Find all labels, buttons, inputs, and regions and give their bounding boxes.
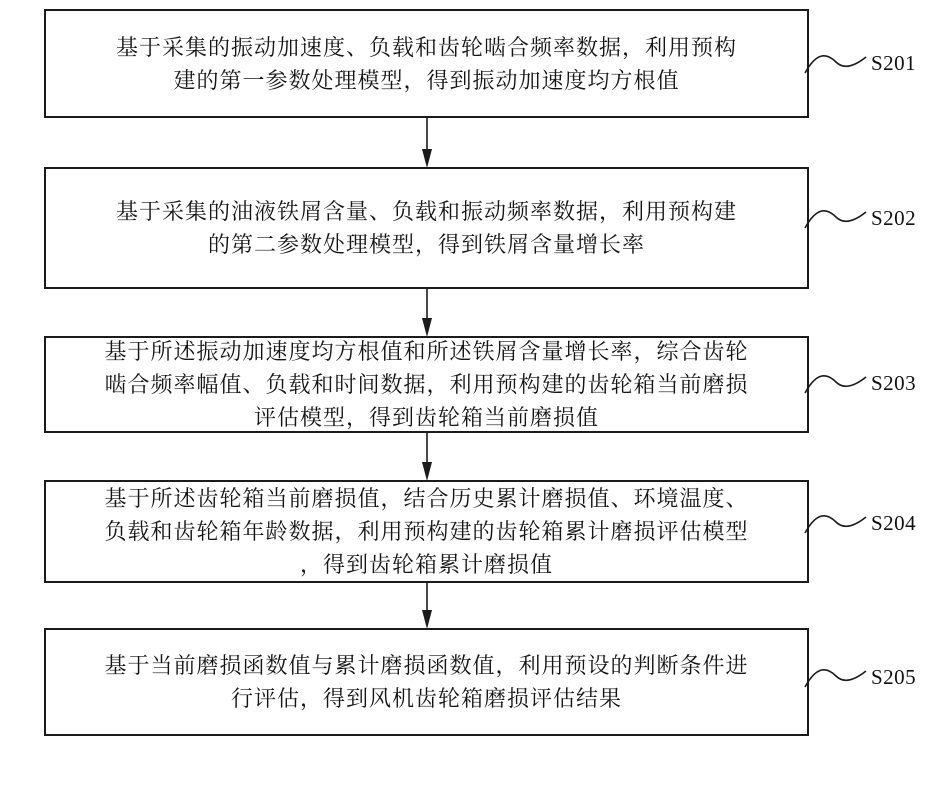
down-arrow-icon bbox=[420, 433, 434, 481]
connector-squiggle-icon bbox=[804, 202, 868, 234]
process-step-text-line: 基于采集的振动加速度、负载和齿轮啮合频率数据，利用预构 bbox=[60, 31, 793, 64]
process-step-text-line: 基于所述振动加速度均方根值和所述铁屑含量增长率，综合齿轮 bbox=[60, 335, 793, 368]
process-step-text-line: 的第二参数处理模型，得到铁屑含量增长率 bbox=[60, 228, 793, 261]
process-box-s203: 基于所述振动加速度均方根值和所述铁屑含量增长率，综合齿轮 啮合频率幅值、负载和时… bbox=[44, 336, 809, 433]
process-box-s204: 基于所述齿轮箱当前磨损值，结合历史累计磨损值、环境温度、 负载和齿轮箱年龄数据，… bbox=[44, 480, 809, 583]
flowchart-canvas: 基于采集的振动加速度、负载和齿轮啮合频率数据，利用预构 建的第一参数处理模型，得… bbox=[0, 0, 941, 791]
step-label: S204 bbox=[871, 511, 916, 536]
step-label: S205 bbox=[871, 665, 916, 690]
down-arrow-icon bbox=[420, 289, 434, 337]
process-box-s202: 基于采集的油液铁屑含量、负载和振动频率数据，利用预构建 的第二参数处理模型，得到… bbox=[44, 167, 809, 289]
step-label-group-s205: S205 bbox=[804, 657, 940, 697]
down-arrow-icon bbox=[420, 118, 434, 168]
process-box-s205: 基于当前磨损函数值与累计磨损函数值，利用预设的判断条件进 行评估，得到风机齿轮箱… bbox=[44, 628, 809, 736]
process-step-text-line: 基于当前磨损函数值与累计磨损函数值，利用预设的判断条件进 bbox=[60, 649, 793, 682]
step-label-group-s202: S202 bbox=[804, 198, 940, 238]
connector-squiggle-icon bbox=[804, 661, 868, 693]
connector-squiggle-icon bbox=[804, 47, 868, 79]
process-step-text-line: 啮合频率幅值、负载和时间数据，利用预构建的齿轮箱当前磨损 bbox=[60, 368, 793, 401]
down-arrow-icon bbox=[420, 583, 434, 629]
process-step-text-line: 评估模型，得到齿轮箱当前磨损值 bbox=[60, 401, 793, 434]
process-box-s201: 基于采集的振动加速度、负载和齿轮啮合频率数据，利用预构 建的第一参数处理模型，得… bbox=[44, 9, 809, 118]
process-step-text-line: ，得到齿轮箱累计磨损值 bbox=[60, 548, 793, 581]
connector-squiggle-icon bbox=[804, 367, 868, 399]
step-label: S203 bbox=[871, 371, 916, 396]
process-step-text-line: 行评估，得到风机齿轮箱磨损评估结果 bbox=[60, 682, 793, 715]
step-label-group-s204: S204 bbox=[804, 503, 940, 543]
step-label-group-s201: S201 bbox=[804, 43, 940, 83]
process-step-text-line: 基于所述齿轮箱当前磨损值，结合历史累计磨损值、环境温度、 bbox=[60, 482, 793, 515]
step-label: S202 bbox=[871, 206, 916, 231]
process-step-text-line: 基于采集的油液铁屑含量、负载和振动频率数据，利用预构建 bbox=[60, 195, 793, 228]
step-label-group-s203: S203 bbox=[804, 363, 940, 403]
connector-squiggle-icon bbox=[804, 507, 868, 539]
step-label: S201 bbox=[871, 51, 916, 76]
process-step-text-line: 负载和齿轮箱年龄数据，利用预构建的齿轮箱累计磨损评估模型 bbox=[60, 515, 793, 548]
process-step-text-line: 建的第一参数处理模型，得到振动加速度均方根值 bbox=[60, 64, 793, 97]
